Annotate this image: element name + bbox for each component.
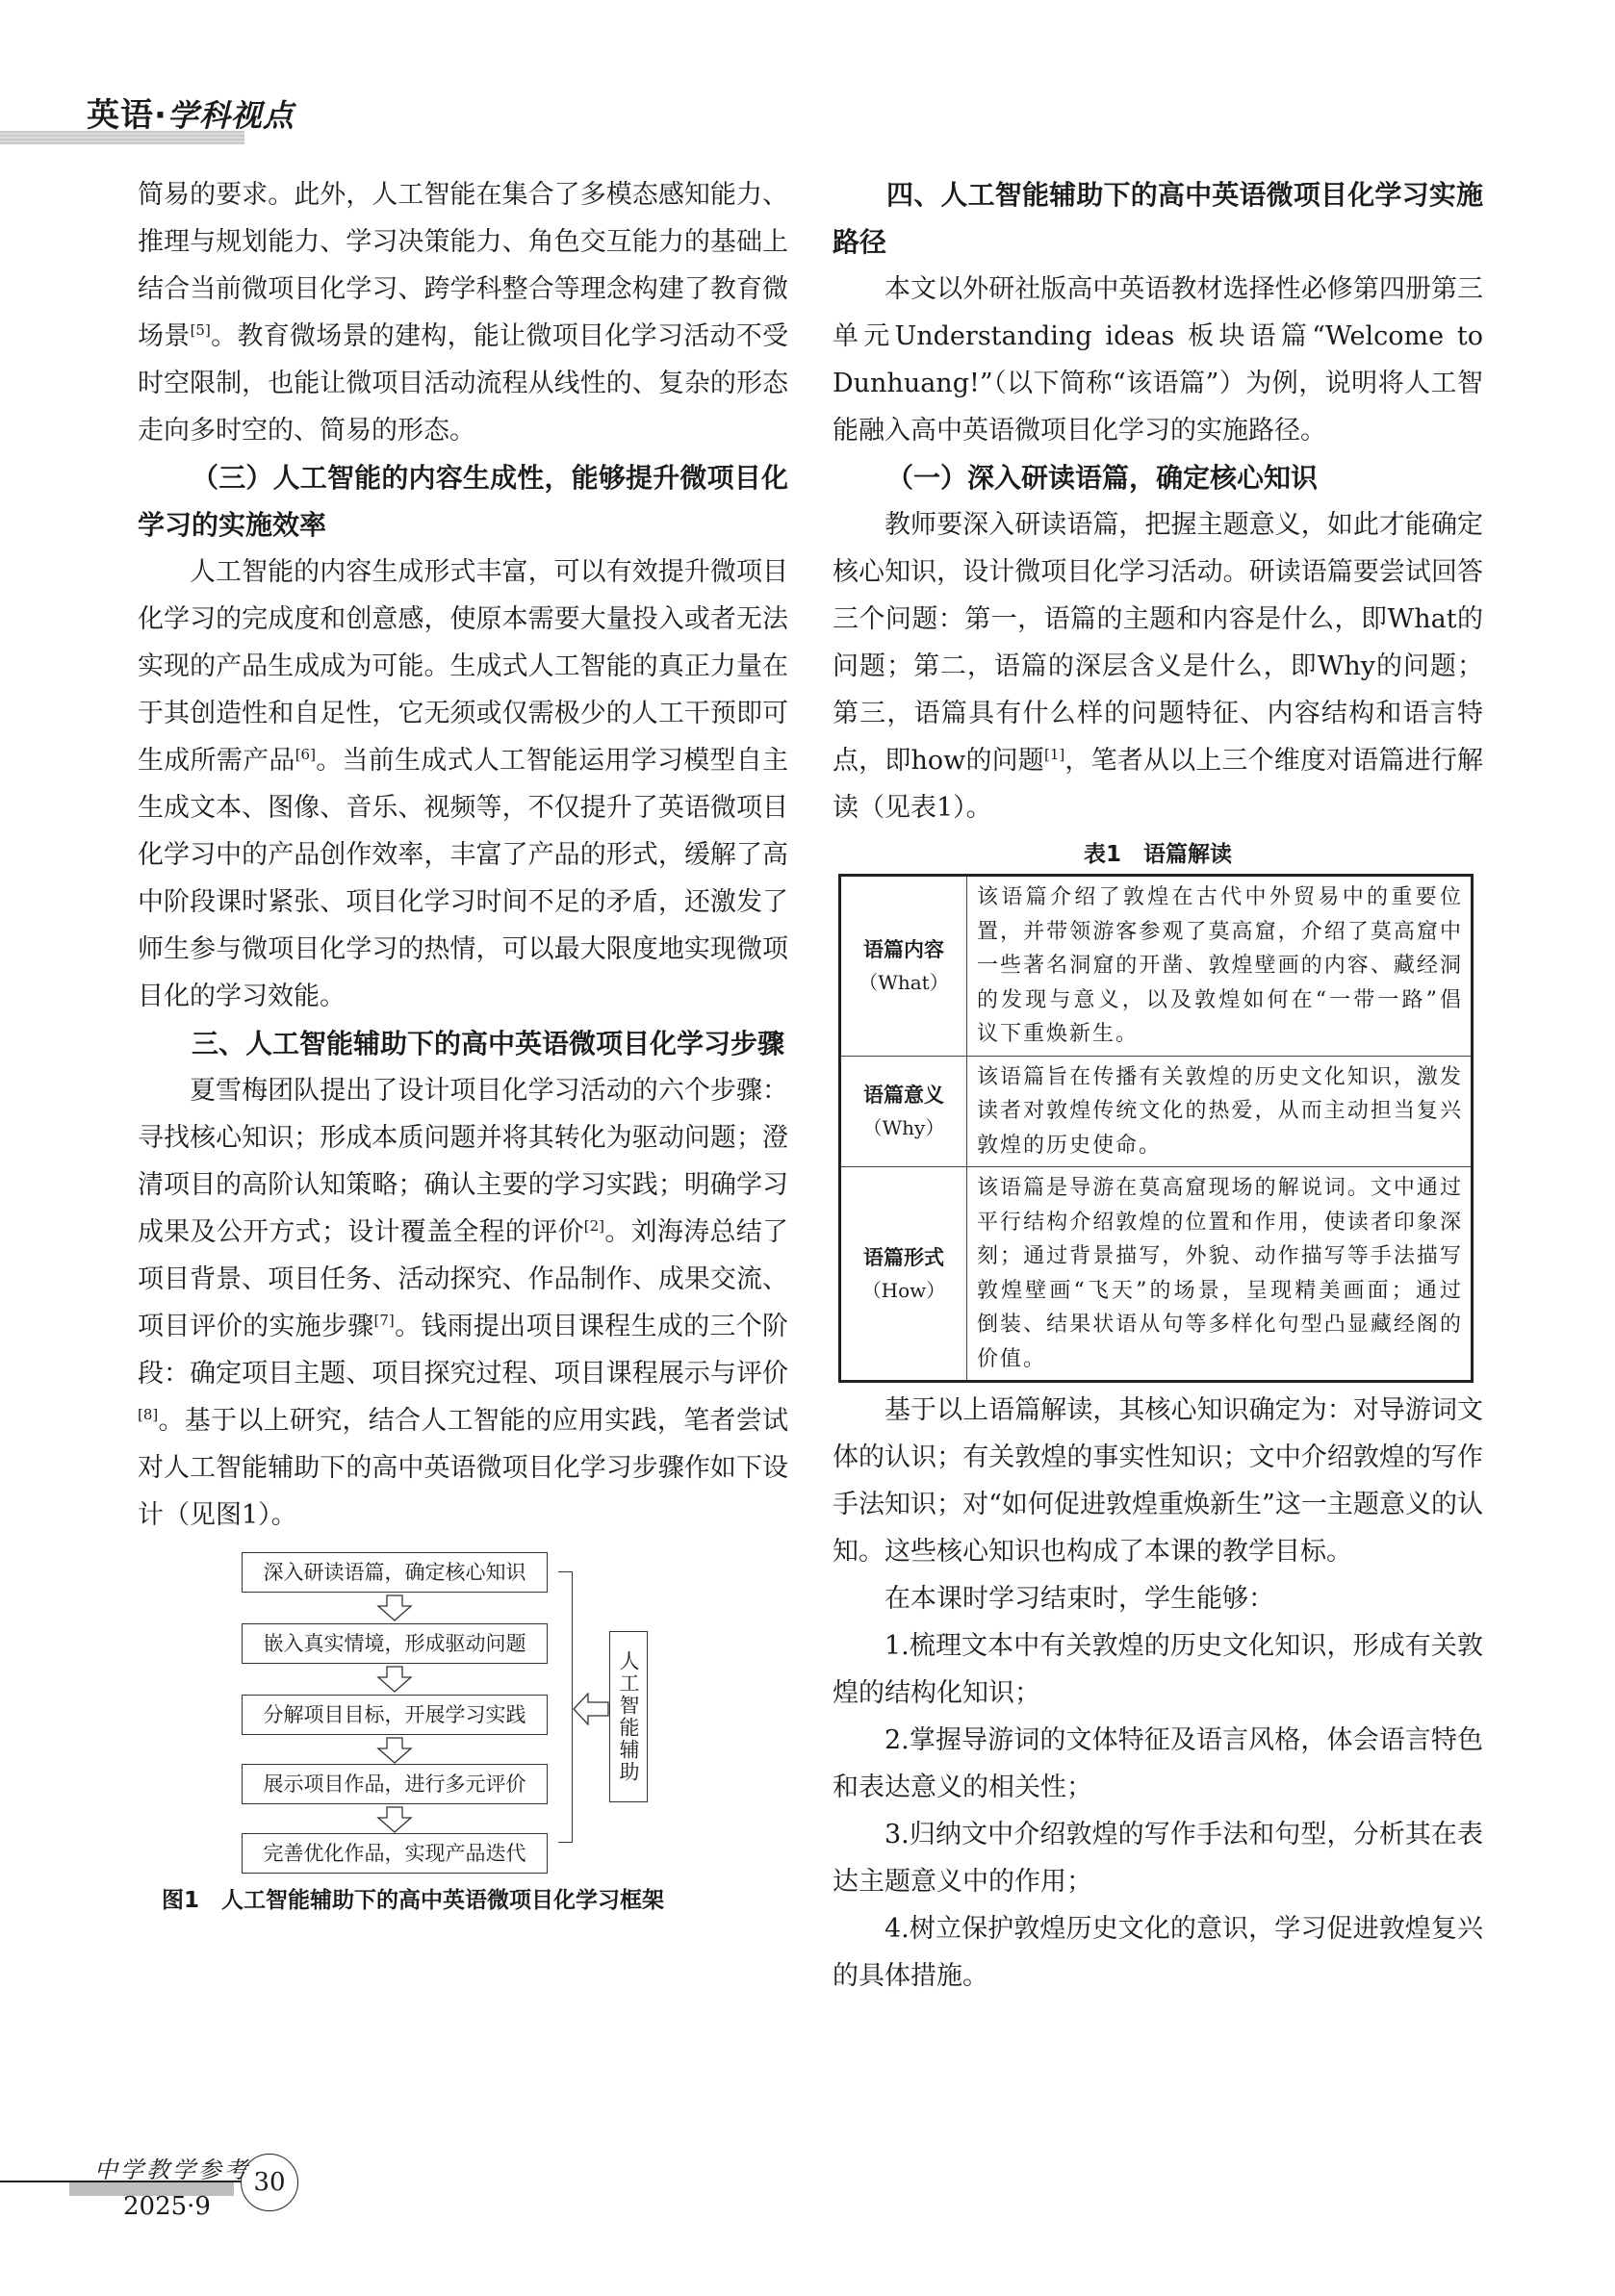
- paragraph: 夏雪梅团队提出了设计项目化学习活动的六个步骤：寻找核心知识；形成本质问题并将其转…: [138, 1067, 788, 1539]
- paragraph: 人工智能的内容生成形式丰富，可以有效提升微项目化学习的完成度和创意感，使原本需要…: [138, 548, 788, 1020]
- paragraph: 教师要深入研读语篇，把握主题意义，如此才能确定核心知识，设计微项目化学习活动。研…: [833, 501, 1483, 831]
- down-arrow-icon: [376, 1806, 413, 1833]
- row-header: 语篇意义（Why）: [840, 1056, 967, 1167]
- table-row: 语篇形式（How） 该语篇是导游在莫高窟现场的解说词。文中通过平行结构介绍敦煌的…: [840, 1167, 1473, 1382]
- row-content: 该语篇旨在传播有关敦煌的历史文化知识，激发读者对敦煌传统文化的热爱，从而主动担当…: [967, 1056, 1473, 1167]
- row-header: 语篇形式（How）: [840, 1167, 967, 1382]
- citation: [6]: [295, 746, 316, 763]
- ai-assist-box: 人工智能辅助: [609, 1631, 648, 1802]
- paragraph: 在本课时学习结束时，学生能够：: [833, 1575, 1483, 1622]
- paragraph: 简易的要求。此外，人工智能在集合了多模态感知能力、推理与规划能力、学习决策能力、…: [138, 171, 788, 454]
- table-caption: 表1 语篇解读: [833, 835, 1483, 874]
- page-number: 30: [241, 2154, 298, 2211]
- citation: [8]: [138, 1406, 158, 1423]
- goal-item: 3.归纳文中介绍敦煌的写作手法和句型，分析其在表达主题意义中的作用；: [833, 1811, 1483, 1905]
- flow-step-3: 分解项目目标，开展学习实践: [242, 1695, 548, 1735]
- issue-number: 2025·9: [123, 2192, 211, 2221]
- flow-step-5: 完善优化作品，实现产品迭代: [242, 1833, 548, 1874]
- down-arrow-icon: [376, 1666, 413, 1693]
- flow-step-4: 展示项目作品，进行多元评价: [242, 1764, 548, 1804]
- table-row: 语篇内容（What） 该语篇介绍了敦煌在古代中外贸易中的重要位置，并带领游客参观…: [840, 876, 1473, 1057]
- down-arrow-icon: [376, 1737, 413, 1764]
- table-row: 语篇意义（Why） 该语篇旨在传播有关敦煌的历史文化知识，激发读者对敦煌传统文化…: [840, 1056, 1473, 1167]
- row-content: 该语篇是导游在莫高窟现场的解说词。文中通过平行结构介绍敦煌的位置和作用，使读者印…: [967, 1167, 1473, 1382]
- row-content: 该语篇介绍了敦煌在古代中外贸易中的重要位置，并带领游客参观了莫高窟，介绍了莫高窟…: [967, 876, 1473, 1057]
- right-column: 四、人工智能辅助下的高中英语微项目化学习实施路径 本文以外研社版高中英语教材选择…: [833, 171, 1483, 2000]
- citation: [7]: [374, 1312, 395, 1329]
- feedback-bracket: [558, 1571, 573, 1843]
- paragraph: 基于以上语篇解读，其核心知识确定为：对导游词文体的认识；有关敦煌的事实性知识；文…: [833, 1387, 1483, 1575]
- paragraph: 本文以外研社版高中英语教材选择性必修第四册第三单元Understanding i…: [833, 266, 1483, 454]
- header-decorative-bar: [0, 131, 244, 144]
- left-column: 简易的要求。此外，人工智能在集合了多模态感知能力、推理与规划能力、学习决策能力、…: [138, 171, 788, 1918]
- section-name: 英语: [87, 96, 154, 135]
- citation: [2]: [584, 1217, 604, 1235]
- row-header: 语篇内容（What）: [840, 876, 967, 1057]
- text-analysis-table: 语篇内容（What） 该语篇介绍了敦煌在古代中外贸易中的重要位置，并带领游客参观…: [838, 874, 1474, 1383]
- citation: [1]: [1044, 746, 1064, 763]
- left-arrow-icon: [573, 1693, 609, 1725]
- section-subtitle: 学科视点: [167, 97, 295, 134]
- page-footer: 中学教学参考 2025·9 30: [0, 2144, 385, 2240]
- goal-item: 1.梳理文本中有关敦煌的历史文化知识，形成有关敦煌的结构化知识；: [833, 1622, 1483, 1717]
- subsection-heading-1: （一）深入研读语篇，确定核心知识: [833, 454, 1483, 501]
- figure-caption: 图1 人工智能辅助下的高中英语微项目化学习框架: [138, 1883, 788, 1918]
- figure-1-flowchart: 深入研读语篇，确定核心知识 嵌入真实情境，形成驱动问题 分解项目目标，开展学习实…: [138, 1552, 788, 1870]
- section-header: 英语·学科视点: [87, 89, 295, 136]
- section-heading-4: 四、人工智能辅助下的高中英语微项目化学习实施路径: [833, 171, 1483, 266]
- subsection-heading-3: （三）人工智能的内容生成性，能够提升微项目化学习的实施效率: [138, 454, 788, 548]
- section-separator: ·: [154, 96, 167, 135]
- flow-step-2: 嵌入真实情境，形成驱动问题: [242, 1623, 548, 1664]
- section-heading-3: 三、人工智能辅助下的高中英语微项目化学习步骤: [138, 1020, 788, 1067]
- journal-name: 中学教学参考: [94, 2151, 250, 2184]
- down-arrow-icon: [376, 1594, 413, 1621]
- goal-item: 4.树立保护敦煌历史文化的意识，学习促进敦煌复兴的具体措施。: [833, 1905, 1483, 2000]
- flow-step-1: 深入研读语篇，确定核心知识: [242, 1552, 548, 1593]
- citation: [5]: [191, 321, 211, 339]
- goal-item: 2.掌握导游词的文体特征及语言风格，体会语言特色和表达意义的相关性；: [833, 1717, 1483, 1811]
